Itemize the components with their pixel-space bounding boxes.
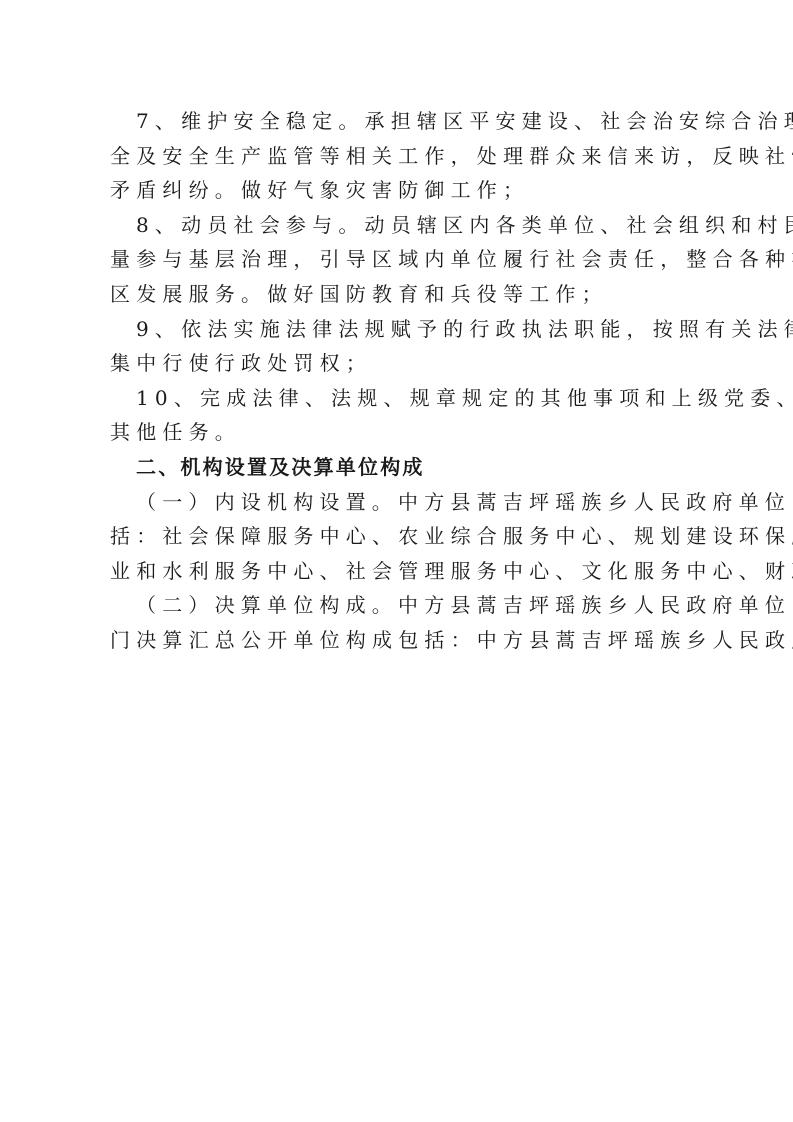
paragraph-item-8: 8、动员社会参与。动员辖区内各类单位、社会组织和村民等社会力 量参与基层治理，引… bbox=[110, 208, 700, 312]
paragraph-item-10: 10、完成法律、法规、规章规定的其他事项和上级党委、政府交办的 其他任务。 bbox=[110, 381, 700, 450]
text-line: 括：社会保障服务中心、农业综合服务中心、规划建设环保服务中心、林 bbox=[110, 519, 700, 554]
text-line: 区发展服务。做好国防教育和兵役等工作； bbox=[110, 277, 700, 312]
text-line: 7、维护安全稳定。承担辖区平安建设、社会治安综合治理、公共安 bbox=[110, 104, 700, 139]
text-line: 全及安全生产监管等相关工作，处理群众来信来访，反映社情民意，化解 bbox=[110, 139, 700, 174]
text-line: 8、动员社会参与。动员辖区内各类单位、社会组织和村民等社会力 bbox=[110, 208, 700, 243]
paragraph-accounting-units: （二）决算单位构成。中方县蒿吉坪瑶族乡人民政府单位 2024 年部 门决算汇总公… bbox=[110, 588, 700, 657]
paragraph-item-9: 9、依法实施法律法规赋予的行政执法职能，按照有关法律规定相对 集中行使行政处罚权… bbox=[110, 312, 700, 381]
section-heading: 二、机构设置及决算单位构成 bbox=[110, 450, 700, 485]
text-line: 集中行使行政处罚权； bbox=[110, 346, 700, 381]
text-line: 门决算汇总公开单位构成包括：中方县蒿吉坪瑶族乡人民政府本级。 bbox=[110, 623, 700, 658]
text-line: 业和水利服务中心、社会管理服务中心、文化服务中心、财政所。 bbox=[110, 554, 700, 589]
text-line: 9、依法实施法律法规赋予的行政执法职能，按照有关法律规定相对 bbox=[110, 312, 700, 347]
text-line: （一）内设机构设置。中方县蒿吉坪瑶族乡人民政府单位内设机构包 bbox=[110, 485, 700, 520]
text-line: 矛盾纠纷。做好气象灾害防御工作； bbox=[110, 173, 700, 208]
paragraph-item-7: 7、维护安全稳定。承担辖区平安建设、社会治安综合治理、公共安 全及安全生产监管等… bbox=[110, 104, 700, 208]
document-body: 7、维护安全稳定。承担辖区平安建设、社会治安综合治理、公共安 全及安全生产监管等… bbox=[110, 104, 700, 658]
text-line: 其他任务。 bbox=[110, 415, 700, 450]
paragraph-internal-structure: （一）内设机构设置。中方县蒿吉坪瑶族乡人民政府单位内设机构包 括：社会保障服务中… bbox=[110, 485, 700, 589]
text-line: 10、完成法律、法规、规章规定的其他事项和上级党委、政府交办的 bbox=[110, 381, 700, 416]
document-page: 7、维护安全稳定。承担辖区平安建设、社会治安综合治理、公共安 全及安全生产监管等… bbox=[0, 0, 793, 1122]
text-line: （二）决算单位构成。中方县蒿吉坪瑶族乡人民政府单位 2024 年部 bbox=[110, 588, 700, 623]
text-line: 量参与基层治理，引导区域内单位履行社会责任，整合各种社会力量为辖 bbox=[110, 242, 700, 277]
